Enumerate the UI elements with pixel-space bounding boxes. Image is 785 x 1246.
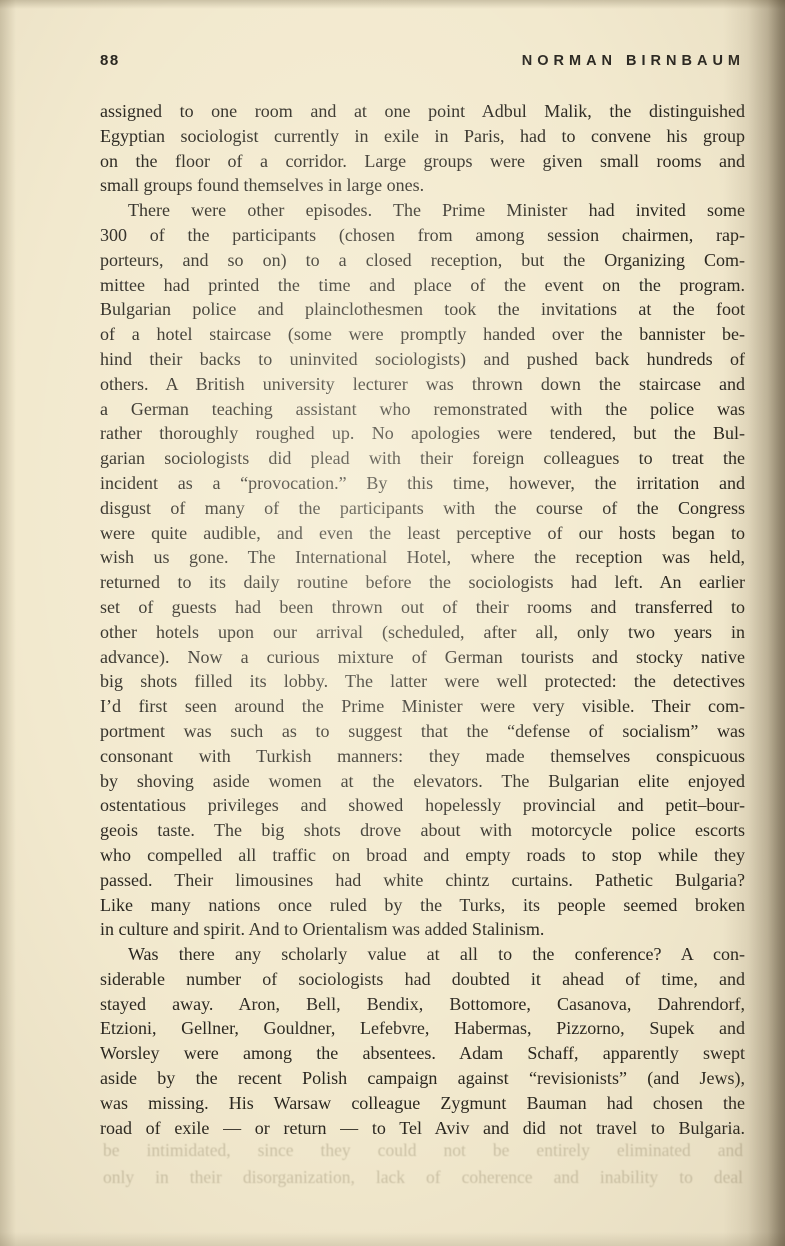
text-line: portment was such as to suggest that the… — [100, 719, 745, 744]
text-line: stayed away. Aron, Bell, Bendix, Bottomo… — [100, 992, 745, 1017]
paragraph: Was there any scholarly value at all to … — [100, 942, 745, 1140]
page-edge-left — [0, 0, 16, 1246]
text-line: Bulgarian police and plainclothesmen too… — [100, 297, 745, 322]
text-line: advance). Now a curious mixture of Germa… — [100, 645, 745, 670]
text-line: small groups found themselves in large o… — [100, 173, 745, 198]
text-line: rather thoroughly roughed up. No apologi… — [100, 421, 745, 446]
text-line: Worsley were among the absentees. Adam S… — [100, 1041, 745, 1066]
text-line: others. A British university lecturer wa… — [100, 372, 745, 397]
ghost-bleed: be intimidated, since they could not be … — [103, 1137, 743, 1191]
text-line: mittee had printed the time and place of… — [100, 273, 745, 298]
paragraph: assigned to one room and at one point Ad… — [100, 99, 745, 198]
body-text: assigned to one room and at one point Ad… — [100, 99, 745, 1140]
running-head: 88 NORMAN BIRNBAUM — [100, 52, 745, 69]
text-line: of a hotel staircase (some were promptly… — [100, 322, 745, 347]
book-page: 88 NORMAN BIRNBAUM assigned to one room … — [0, 0, 785, 1246]
text-line: Like many nations once ruled by the Turk… — [100, 893, 745, 918]
ghost-text-line: only in their disorganization, lack of c… — [103, 1164, 743, 1191]
text-line: garian sociologists did plead with their… — [100, 446, 745, 471]
text-line: aside by the recent Polish campaign agai… — [100, 1066, 745, 1091]
text-line: who compelled all traffic on broad and e… — [100, 843, 745, 868]
page-edge-bottom — [0, 1232, 785, 1246]
text-line: set of guests had been thrown out of the… — [100, 595, 745, 620]
text-line: siderable number of sociologists had dou… — [100, 967, 745, 992]
text-line: Egyptian sociologist currently in exile … — [100, 124, 745, 149]
page-edge-top — [0, 0, 785, 9]
text-line: hind their backs to uninvited sociologis… — [100, 347, 745, 372]
text-line: wish us gone. The International Hotel, w… — [100, 545, 745, 570]
page-number: 88 — [100, 52, 120, 69]
text-line: by shoving aside women at the elevators.… — [100, 769, 745, 794]
text-line: returned to its daily routine before the… — [100, 570, 745, 595]
text-line: a German teaching assistant who remonstr… — [100, 397, 745, 422]
text-line: incident as a “provocation.” By this tim… — [100, 471, 745, 496]
text-line: 300 of the participants (chosen from amo… — [100, 223, 745, 248]
text-line: passed. Their limousines had white chint… — [100, 868, 745, 893]
text-line: consonant with Turkish manners: they mad… — [100, 744, 745, 769]
text-line: on the floor of a corridor. Large groups… — [100, 149, 745, 174]
text-line: Etzioni, Gellner, Gouldner, Lefebvre, Ha… — [100, 1016, 745, 1041]
text-line: I’d first seen around the Prime Minister… — [100, 694, 745, 719]
text-line: porteurs, and so on) to a closed recepti… — [100, 248, 745, 273]
text-line: other hotels upon our arrival (scheduled… — [100, 620, 745, 645]
running-header-author: NORMAN BIRNBAUM — [522, 53, 745, 69]
text-line: big shots filled its lobby. The latter w… — [100, 669, 745, 694]
text-line: ostentatious privileges and showed hopel… — [100, 793, 745, 818]
text-line: There were other episodes. The Prime Min… — [100, 198, 745, 223]
text-line: disgust of many of the participants with… — [100, 496, 745, 521]
text-line: were quite audible, and even the least p… — [100, 521, 745, 546]
text-line: assigned to one room and at one point Ad… — [100, 99, 745, 124]
ghost-text-line: be intimidated, since they could not be … — [103, 1137, 743, 1164]
text-line: Was there any scholarly value at all to … — [100, 942, 745, 967]
text-line: was missing. His Warsaw colleague Zygmun… — [100, 1091, 745, 1116]
text-line: in culture and spirit. And to Orientalis… — [100, 917, 745, 942]
text-line: geois taste. The big shots drove about w… — [100, 818, 745, 843]
paragraph: There were other episodes. The Prime Min… — [100, 198, 745, 942]
